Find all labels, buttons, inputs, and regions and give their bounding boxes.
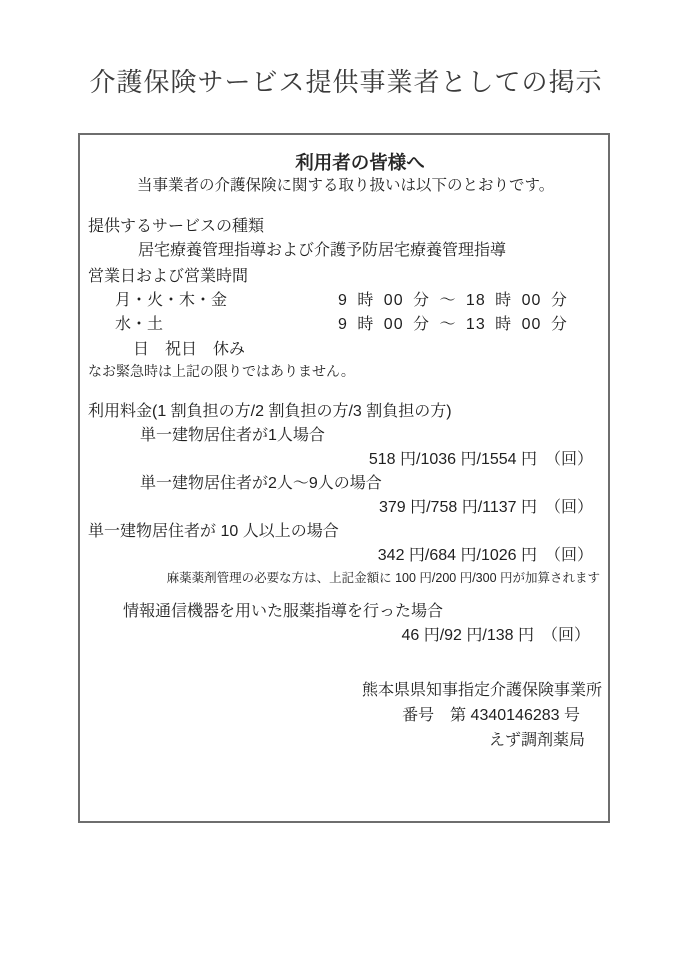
service-type-label: 提供するサービスの種類 — [80, 215, 608, 239]
document-page: 介護保険サービス提供事業者としての掲示 利用者の皆様へ 当事業者の介護保険に関す… — [0, 0, 692, 980]
days-cell: 水・土 — [115, 313, 338, 337]
hours-label: 営業日および営業時間 — [80, 265, 608, 289]
online-guidance-case: 情報通信機器を用いた服薬指導を行った場合 — [80, 600, 608, 624]
footer-designation: 熊本県県知事指定介護保険事業所 — [80, 678, 608, 703]
notice-box: 利用者の皆様へ 当事業者の介護保険に関する取り扱いは以下のとおりです。 提供する… — [78, 133, 610, 823]
emergency-note: なお緊急時は上記の限りではありません。 — [80, 361, 608, 381]
narcotic-management-note: 麻薬薬剤管理の必要な方は、上記金額に 100 円/200 円/300 円が加算さ… — [80, 569, 608, 587]
fee-price-2to9-residents: 379 円/758 円/1137 円 （回） — [80, 496, 608, 520]
fees-label: 利用料金(1 割負担の方/2 割負担の方/3 割負担の方) — [80, 400, 608, 424]
closed-days-line: 日 祝日 休み — [80, 338, 608, 362]
fee-case-2to9-residents: 単一建物居住者が2人～9人の場合 — [80, 472, 608, 496]
time-cell: 9 時 00 分 ～ 18 時 00 分 — [338, 292, 568, 309]
footer-pharmacy-name: えず調剤薬局 — [80, 728, 608, 753]
page-title: 介護保険サービス提供事業者としての掲示 — [0, 62, 692, 99]
notice-heading: 利用者の皆様へ — [80, 151, 608, 175]
fee-price-10plus-residents: 342 円/684 円/1026 円 （回） — [80, 544, 608, 568]
service-type-value: 居宅療養管理指導および介護予防居宅療養管理指導 — [80, 239, 608, 263]
time-cell: 9 時 00 分 ～ 13 時 00 分 — [338, 316, 568, 333]
fee-case-10plus-residents: 単一建物居住者が 10 人以上の場合 — [80, 520, 608, 544]
fee-case-single-resident: 単一建物居住者が1人場合 — [80, 424, 608, 448]
days-cell: 月・火・木・金 — [115, 289, 338, 313]
online-guidance-price: 46 円/92 円/138 円 （回） — [80, 624, 608, 648]
hours-row-wed-sat: 水・土9 時 00 分 ～ 13 時 00 分 — [80, 313, 608, 337]
footer-registration-number: 番号 第 4340146283 号 — [80, 703, 608, 728]
hours-row-weekdays: 月・火・木・金9 時 00 分 ～ 18 時 00 分 — [80, 289, 608, 313]
notice-intro: 当事業者の介護保険に関する取り扱いは以下のとおりです。 — [80, 175, 608, 196]
fee-price-single-resident: 518 円/1036 円/1554 円 （回） — [80, 448, 608, 472]
